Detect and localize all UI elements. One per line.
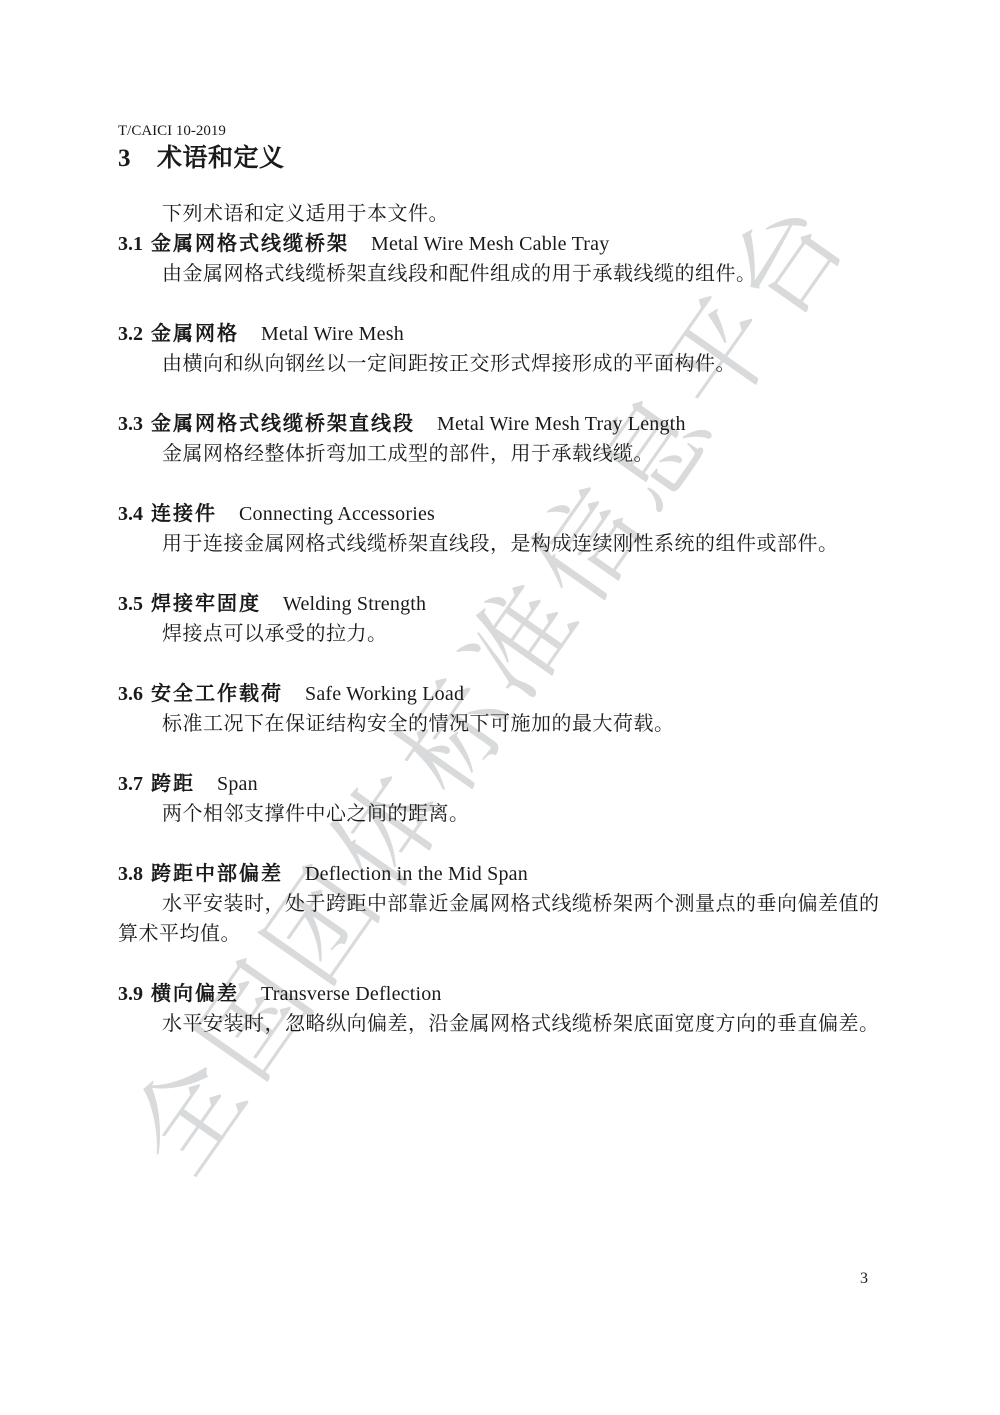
term-definition: 水平安装时，忽略纵向偏差，沿金属网格式线缆桥架底面宽度方向的垂直偏差。 [118,1009,880,1039]
term-heading: 3.1金属网格式线缆桥架Metal Wire Mesh Cable Tray [118,229,880,259]
section-intro: 下列术语和定义适用于本文件。 [118,199,880,229]
term-name-en: Metal Wire Mesh Cable Tray [371,233,609,255]
term-name-zh: 金属网格 [151,323,239,345]
term-name-en: Deflection in the Mid Span [305,863,528,885]
term-number: 3.7 [118,773,143,795]
page-content: T/CAICI 10-2019 3术语和定义 下列术语和定义适用于本文件。 3.… [118,0,880,1069]
term-number: 3.9 [118,983,143,1005]
term-name-zh: 横向偏差 [151,983,239,1005]
term-definition: 水平安装时，处于跨距中部靠近金属网格式线缆桥架两个测量点的垂向偏差值的算术平均值… [118,889,880,949]
term-number: 3.3 [118,413,143,435]
term-number: 3.2 [118,323,143,345]
term-item-3-6: 3.6安全工作载荷Safe Working Load 标准工况下在保证结构安全的… [118,679,880,739]
term-name-zh: 焊接牢固度 [151,593,261,615]
term-name-zh: 安全工作载荷 [151,683,283,705]
term-definition: 焊接点可以承受的拉力。 [118,619,880,649]
term-item-3-9: 3.9横向偏差Transverse Deflection 水平安装时，忽略纵向偏… [118,979,880,1039]
term-name-en: Safe Working Load [305,683,464,705]
term-definition: 两个相邻支撑件中心之间的距离。 [118,799,880,829]
document-code: T/CAICI 10-2019 [118,123,880,140]
term-number: 3.4 [118,503,143,525]
term-number: 3.5 [118,593,143,615]
term-name-en: Connecting Accessories [239,503,435,525]
term-number: 3.8 [118,863,143,885]
term-name-zh: 连接件 [151,503,217,525]
term-name-zh: 金属网格式线缆桥架 [151,233,349,255]
term-name-en: Welding Strength [283,593,426,615]
section-title: 术语和定义 [157,145,285,172]
term-name-en: Metal Wire Mesh [261,323,404,345]
section-heading: 3术语和定义 [118,143,880,175]
section-number: 3 [118,145,131,172]
term-name-en: Metal Wire Mesh Tray Length [437,413,686,435]
term-number: 3.1 [118,233,143,255]
term-heading: 3.9横向偏差Transverse Deflection [118,979,880,1009]
term-heading: 3.6安全工作载荷Safe Working Load [118,679,880,709]
term-definition: 标准工况下在保证结构安全的情况下可施加的最大荷载。 [118,709,880,739]
term-number: 3.6 [118,683,143,705]
term-name-zh: 跨距中部偏差 [151,863,283,885]
term-heading: 3.2金属网格Metal Wire Mesh [118,319,880,349]
term-item-3-7: 3.7跨距Span 两个相邻支撑件中心之间的距离。 [118,769,880,829]
term-definition: 由金属网格式线缆桥架直线段和配件组成的用于承载线缆的组件。 [118,259,880,289]
term-heading: 3.3金属网格式线缆桥架直线段Metal Wire Mesh Tray Leng… [118,409,880,439]
term-item-3-5: 3.5焊接牢固度Welding Strength 焊接点可以承受的拉力。 [118,589,880,649]
term-name-en: Transverse Deflection [261,983,442,1005]
term-heading: 3.8跨距中部偏差Deflection in the Mid Span [118,859,880,889]
term-name-zh: 跨距 [151,773,195,795]
term-item-3-2: 3.2金属网格Metal Wire Mesh 由横向和纵向钢丝以一定间距按正交形… [118,319,880,379]
term-item-3-8: 3.8跨距中部偏差Deflection in the Mid Span 水平安装… [118,859,880,949]
term-heading: 3.5焊接牢固度Welding Strength [118,589,880,619]
term-item-3-3: 3.3金属网格式线缆桥架直线段Metal Wire Mesh Tray Leng… [118,409,880,469]
term-item-3-4: 3.4连接件Connecting Accessories 用于连接金属网格式线缆… [118,499,880,559]
term-heading: 3.4连接件Connecting Accessories [118,499,880,529]
term-heading: 3.7跨距Span [118,769,880,799]
term-item-3-1: 3.1金属网格式线缆桥架Metal Wire Mesh Cable Tray 由… [118,229,880,289]
page-number: 3 [860,1270,868,1288]
term-definition: 用于连接金属网格式线缆桥架直线段，是构成连续刚性系统的组件或部件。 [118,529,880,559]
document-page: 全国团体标准信息平台 T/CAICI 10-2019 3术语和定义 下列术语和定… [0,0,1000,1415]
term-name-zh: 金属网格式线缆桥架直线段 [151,413,415,435]
term-name-en: Span [217,773,258,795]
term-definition: 由横向和纵向钢丝以一定间距按正交形式焊接形成的平面构件。 [118,349,880,379]
term-definition: 金属网格经整体折弯加工成型的部件，用于承载线缆。 [118,439,880,469]
